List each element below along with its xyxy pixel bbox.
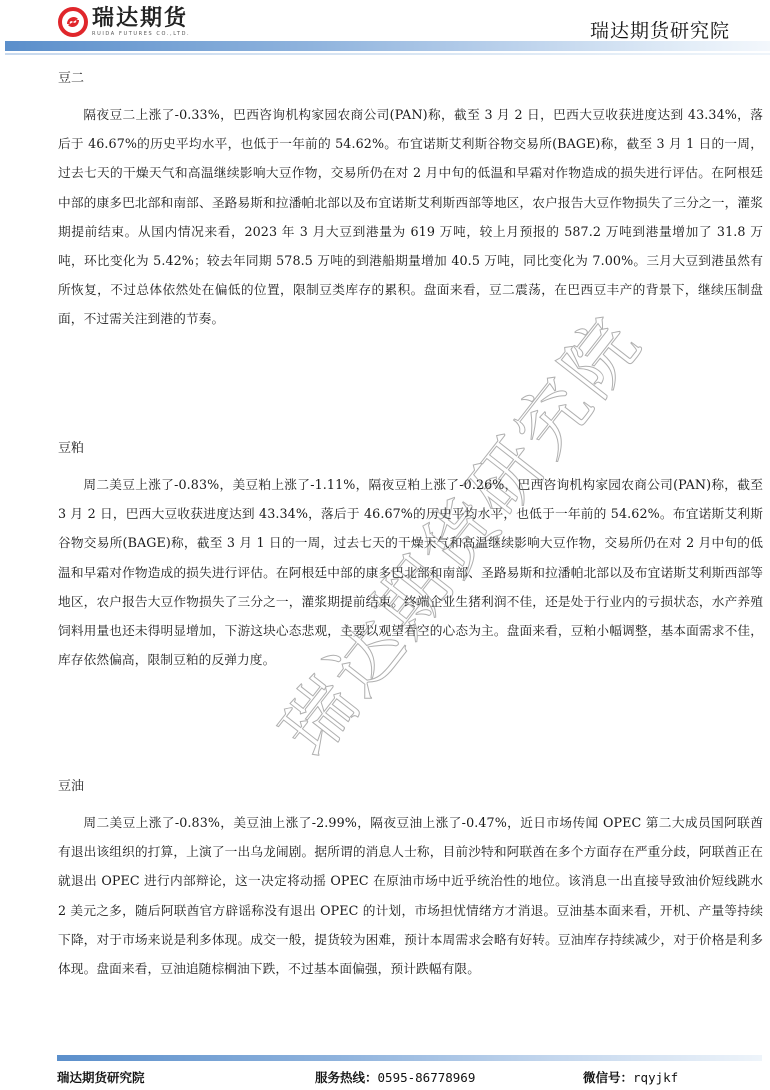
logo-chinese-name: 瑞达期货 bbox=[92, 8, 190, 30]
logo-english-name: RUIDA FUTURES CO.,LTD. bbox=[92, 32, 190, 37]
section-soybean-oil: 豆油 周二美豆上涨了-0.83%，美豆油上涨了-2.99%，隔夜豆油上涨了-0.… bbox=[58, 770, 763, 983]
wechat-id: rqyjkf bbox=[633, 1070, 678, 1085]
section-paragraph: 周二美豆上涨了-0.83%，美豆粕上涨了-1.11%，隔夜豆粕上涨了-0.26%… bbox=[58, 470, 763, 674]
section-paragraph: 隔夜豆二上涨了-0.33%，巴西咨询机构家园农商公司(PAN)称，截至 3 月 … bbox=[58, 100, 763, 334]
ruida-logo-icon bbox=[58, 7, 88, 37]
footer-gradient-bar bbox=[57, 1055, 762, 1061]
section-soybean-meal: 豆粕 周二美豆上涨了-0.83%，美豆粕上涨了-1.11%，隔夜豆粕上涨了-0.… bbox=[58, 432, 763, 674]
section-title: 豆油 bbox=[58, 770, 763, 804]
header-title: 瑞达期货研究院 bbox=[590, 16, 730, 43]
hotline-number: 0595-86778969 bbox=[378, 1070, 476, 1085]
header-divider bbox=[5, 53, 770, 55]
hotline-label: 服务热线： bbox=[315, 1070, 378, 1085]
section-title: 豆二 bbox=[58, 62, 763, 96]
page-footer: 瑞达期货研究院 服务热线：0595-86778969 微信号：rqyjkf bbox=[57, 1068, 762, 1088]
footer-wechat: 微信号：rqyjkf bbox=[583, 1068, 678, 1086]
footer-hotline: 服务热线：0595-86778969 bbox=[315, 1068, 475, 1086]
company-logo: 瑞达期货 RUIDA FUTURES CO.,LTD. bbox=[58, 5, 190, 39]
section-title: 豆粕 bbox=[58, 432, 763, 466]
section-paragraph: 周二美豆上涨了-0.83%，美豆油上涨了-2.99%，隔夜豆油上涨了-0.47%… bbox=[58, 808, 763, 983]
section-soybean-no2: 豆二 隔夜豆二上涨了-0.33%，巴西咨询机构家园农商公司(PAN)称，截至 3… bbox=[58, 62, 763, 334]
footer-org-name: 瑞达期货研究院 bbox=[57, 1068, 145, 1086]
page-header: 瑞达期货 RUIDA FUTURES CO.,LTD. 瑞达期货研究院 bbox=[0, 0, 770, 60]
wechat-label: 微信号： bbox=[583, 1070, 633, 1085]
header-gradient-bar bbox=[5, 41, 770, 51]
